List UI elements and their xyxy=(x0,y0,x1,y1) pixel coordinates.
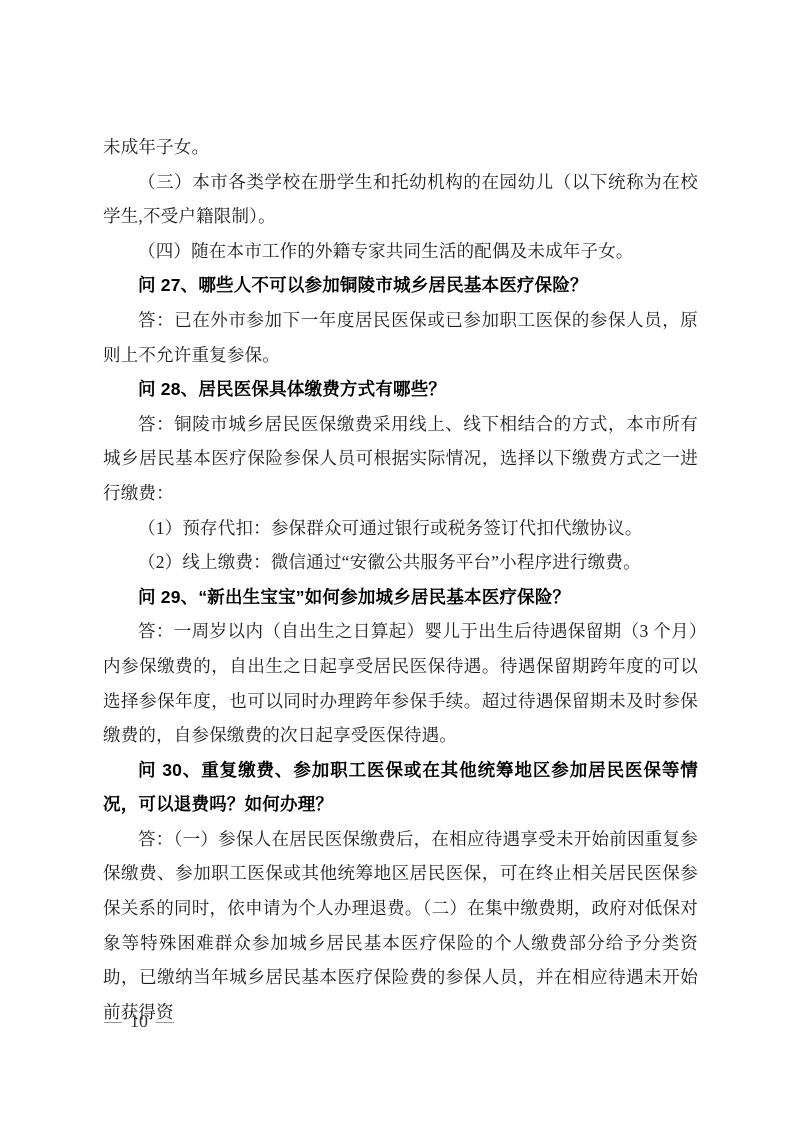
paragraph-body: 答：已在外市参加下一年度居民医保或已参加职工医保的参保人员，原则上不允许重复参保… xyxy=(103,303,698,372)
footer-dash-left: — xyxy=(104,1011,122,1031)
paragraph-body: 答：一周岁以内（自出生之日算起）婴儿于出生后待遇保留期（3 个月）内参保缴费的，… xyxy=(103,614,698,752)
paragraph-body: （2）线上缴费：微信通过“安徽公共服务平台”小程序进行缴费。 xyxy=(103,545,698,580)
paragraph-body: 答：铜陵市城乡居民医保缴费采用线上、线下相结合的方式，本市所有城乡居民基本医疗保… xyxy=(103,407,698,511)
paragraph-body: （四）随在本市工作的外籍专家共同生活的配偶及未成年子女。 xyxy=(103,234,698,269)
footer-dash-right: — xyxy=(156,1011,174,1031)
paragraph-question: 问 27、哪些人不可以参加铜陵市城乡居民基本医疗保险？ xyxy=(103,268,698,303)
paragraph-body: （三）本市各类学校在册学生和托幼机构的在园幼儿（以下统称为在校学生,不受户籍限制… xyxy=(103,165,698,234)
page-footer: —10— xyxy=(104,1008,174,1034)
page-number: 10 xyxy=(122,1011,156,1031)
document-page: 未成年子女。（三）本市各类学校在册学生和托幼机构的在园幼儿（以下统称为在校学生,… xyxy=(0,0,793,1122)
paragraph-question: 问 28、居民医保具体缴费方式有哪些？ xyxy=(103,372,698,407)
paragraph-body: 答：（一）参保人在居民医保缴费后，在相应待遇享受未开始前因重复参保缴费、参加职工… xyxy=(103,822,698,1030)
paragraph-body: 未成年子女。 xyxy=(103,130,698,165)
paragraph-question: 问 29、“新出生宝宝”如何参加城乡居民基本医疗保险？ xyxy=(103,580,698,615)
paragraph-body: （1）预存代扣：参保群众可通过银行或税务签订代扣代缴协议。 xyxy=(103,511,698,546)
paragraph-question: 问 30、重复缴费、参加职工医保或在其他统筹地区参加居民医保等情况，可以退费吗？… xyxy=(103,753,698,822)
document-content: 未成年子女。（三）本市各类学校在册学生和托幼机构的在园幼儿（以下统称为在校学生,… xyxy=(103,130,698,1029)
